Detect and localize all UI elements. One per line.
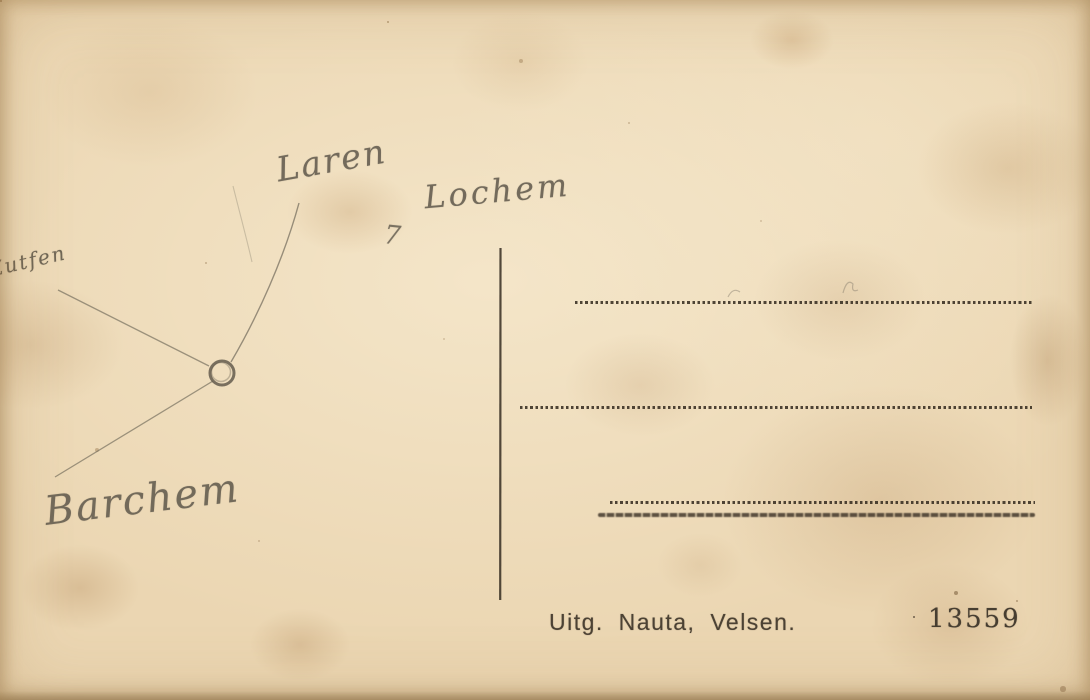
faint-squiggle-right xyxy=(843,282,858,293)
stray-pencil-stroke xyxy=(233,186,252,262)
sketch-location-circle xyxy=(210,361,234,385)
handwriting-laren: Laren xyxy=(273,132,389,191)
paper-edge-vignette xyxy=(0,0,1090,700)
address-line-3 xyxy=(610,501,1035,504)
sketch-line-to-zutfen xyxy=(58,290,209,366)
pencil-sketch xyxy=(0,0,1090,700)
sketch-location-circle-inner xyxy=(212,363,231,382)
foxing-specks xyxy=(0,0,2,2)
sketch-line-to-laren xyxy=(231,203,299,362)
handwriting-numeral-seven: 7 xyxy=(382,220,404,252)
handwriting-barchem: Barchem xyxy=(42,465,242,535)
paper-stains xyxy=(0,0,1090,700)
serial-number: 13559 xyxy=(928,604,1021,634)
publisher-imprint: Uitg. Nauta, Velsen. xyxy=(549,609,796,636)
address-line-2 xyxy=(520,406,1032,409)
postcard-back: Laren Lochem Zutfen Barchem 7 Uitg. Naut… xyxy=(0,0,1090,700)
handwriting-zutfen: Zutfen xyxy=(0,240,69,281)
faint-squiggle-left xyxy=(728,290,740,297)
handwriting-lochem: Lochem xyxy=(423,166,572,217)
address-line-3-underline xyxy=(598,513,1035,517)
address-line-1 xyxy=(575,301,1032,304)
sketch-line-to-barchem xyxy=(55,381,213,477)
